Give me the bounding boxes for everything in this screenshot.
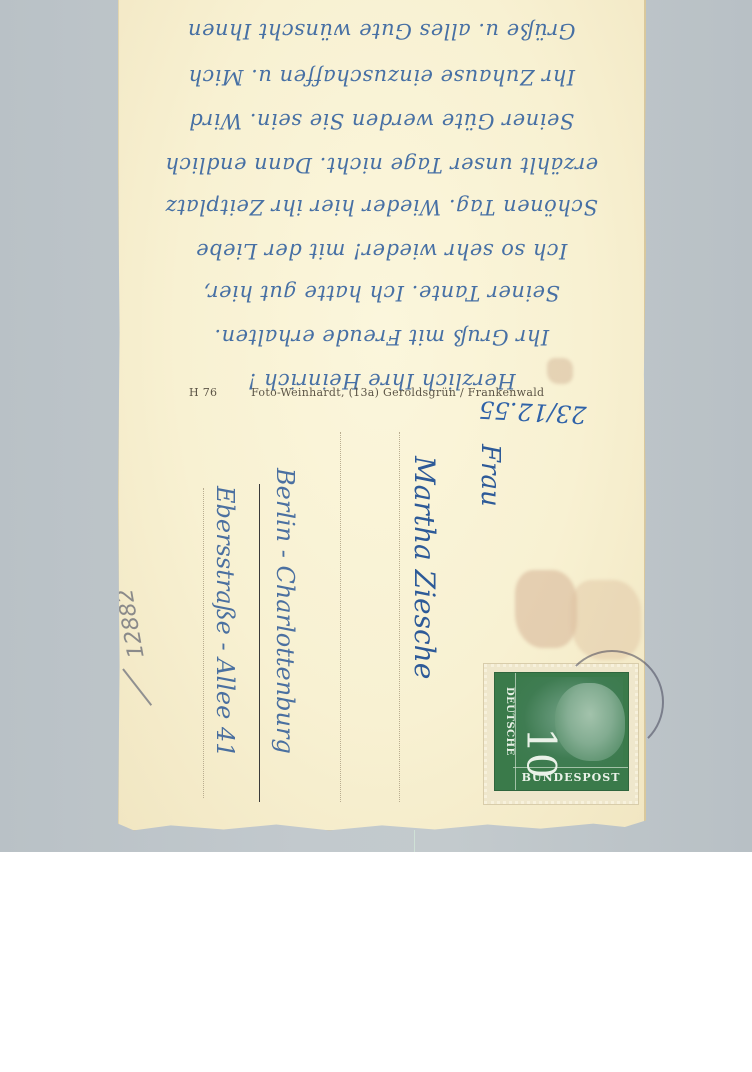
address-dotted-line xyxy=(340,432,341,802)
pencil-slash xyxy=(122,668,152,705)
paper-stain xyxy=(571,580,641,660)
paper-stain xyxy=(515,570,577,648)
scan-seam xyxy=(414,830,415,852)
postmark-cancellation xyxy=(560,650,664,754)
address-dotted-line xyxy=(203,488,204,798)
card-code: H 76 xyxy=(189,386,217,399)
message-line: Ihr Gruß mit Freude erhalten. xyxy=(129,325,634,349)
message-line: Seiner Tante. Ich hatte gut hier, xyxy=(129,281,634,305)
address-city: Berlin - Charlottenburg xyxy=(271,468,299,754)
message-line: Ihr Zuhause einzuschaffen u. Mich xyxy=(129,65,634,89)
handwritten-date: 23/12.55 xyxy=(478,395,587,429)
address-salutation: Frau xyxy=(475,444,505,507)
address-dotted-line xyxy=(399,432,400,802)
message-line: Ich so sehr wieder! mit der Liebe xyxy=(129,239,634,263)
address-street: Ebersstraße - Allee 41 xyxy=(211,486,239,757)
stamp-country: DEUTSCHE xyxy=(497,677,515,765)
stamp-divider xyxy=(515,673,516,790)
stamp-issuer: BUNDESPOST xyxy=(517,771,625,784)
handwritten-message: Herzlich Ihre Heinrich ! Ihr Gruß mit Fr… xyxy=(119,0,644,395)
message-line: Schönen Tag. Wieder hier ihr Zeitplatz xyxy=(129,195,634,219)
message-line: Seiner Güte werden Sie sein. Wird xyxy=(129,109,634,133)
message-line: erzählt unser Tage nicht. Dann endlich xyxy=(129,153,634,177)
address-underline xyxy=(259,484,260,802)
address-name: Martha Ziesche xyxy=(408,456,441,679)
message-line: Grüße u. alles Gute wünscht Ihnen xyxy=(129,19,634,43)
